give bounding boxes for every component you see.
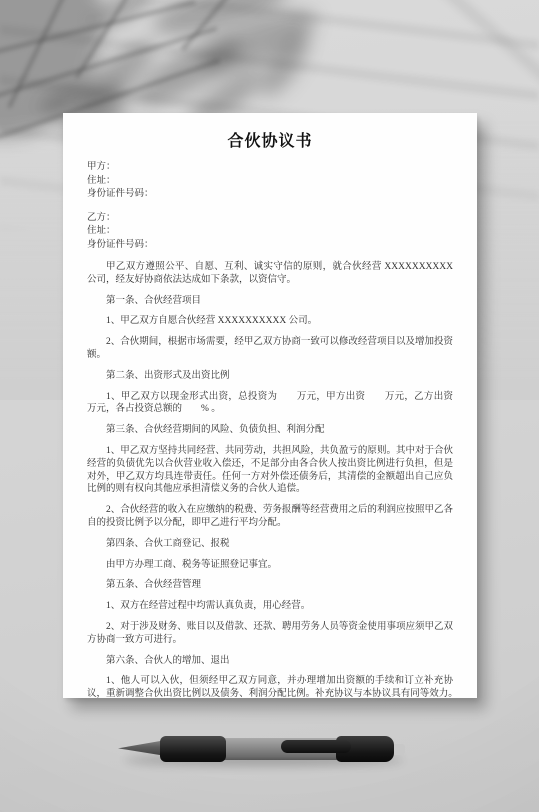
intro-paragraph: 甲乙双方遵照公平、自愿、互利、诚实守信的原则，就合伙经营 XXXXXXXXXX … (87, 261, 453, 287)
party-b-address-label: 住址： (87, 225, 453, 239)
party-a-block: 甲方： 住址： 身份证件号码： (87, 161, 453, 202)
clause-1-item-2: 2、合伙期间，根据市场需要，经甲乙双方协商一致可以修改经营项目以及增加投资额。 (87, 336, 453, 362)
clause-2-heading: 第二条、出资形式及出资比例 (87, 370, 453, 383)
clause-4-item-1: 由甲方办理工商、税务等证照登记事宜。 (87, 559, 453, 572)
clause-1-heading: 第一条、合伙经营项目 (87, 295, 453, 308)
clause-6-heading: 第六条、合伙人的增加、退出 (87, 655, 453, 668)
party-b-block: 乙方： 住址： 身份证件号码： (87, 212, 453, 253)
clause-5-item-1: 1、双方在经营过程中均需认真负责，用心经营。 (87, 600, 453, 613)
clause-5-item-2: 2、对于涉及财务、账目以及借款、还款、聘用劳务人员等资金使用事项应须甲乙双方协商… (87, 621, 453, 647)
party-a-id-label: 身份证件号码： (87, 188, 453, 202)
clause-5-heading: 第五条、合伙经营管理 (87, 579, 453, 592)
clause-2-item-1: 1、甲乙双方以现金形式出资，总投资为 万元，甲方出资 万元，乙方出资 万元，各占… (87, 391, 453, 417)
document-title: 合伙协议书 (87, 131, 453, 153)
clause-3-item-2: 2、合伙经营的收入在应缴纳的税费、劳务报酬等经营费用之后的利润应按照甲乙各自的投… (87, 504, 453, 530)
clause-6-item-1: 1、他人可以入伙，但须经甲乙双方同意，并办理增加出资额的手续和订立补充协议，重新… (87, 675, 453, 698)
scene: 合伙协议书 甲方： 住址： 身份证件号码： 乙方： 住址： 身份证件号码： 甲乙… (0, 0, 539, 812)
pen-grip (160, 736, 226, 762)
party-a-name-label: 甲方： (87, 161, 453, 175)
party-b-id-label: 身份证件号码： (87, 239, 453, 253)
clause-3-heading: 第三条、合伙经营期间的风险、负债负担、利润分配 (87, 424, 453, 437)
pen-tip (118, 740, 166, 756)
clause-1-item-1: 1、甲乙双方自愿合伙经营 XXXXXXXXXX 公司。 (87, 315, 453, 328)
party-b-name-label: 乙方： (87, 212, 453, 226)
party-a-address-label: 住址： (87, 175, 453, 189)
pen (114, 732, 406, 768)
pen-clip (281, 740, 351, 753)
clause-4-heading: 第四条、合伙工商登记、报税 (87, 538, 453, 551)
clause-3-item-1: 1、甲乙双方坚持共同经营、共同劳动，共担风险，共负盈亏的原则。其中对于合伙经营的… (87, 445, 453, 496)
document-page: 合伙协议书 甲方： 住址： 身份证件号码： 乙方： 住址： 身份证件号码： 甲乙… (63, 113, 477, 698)
